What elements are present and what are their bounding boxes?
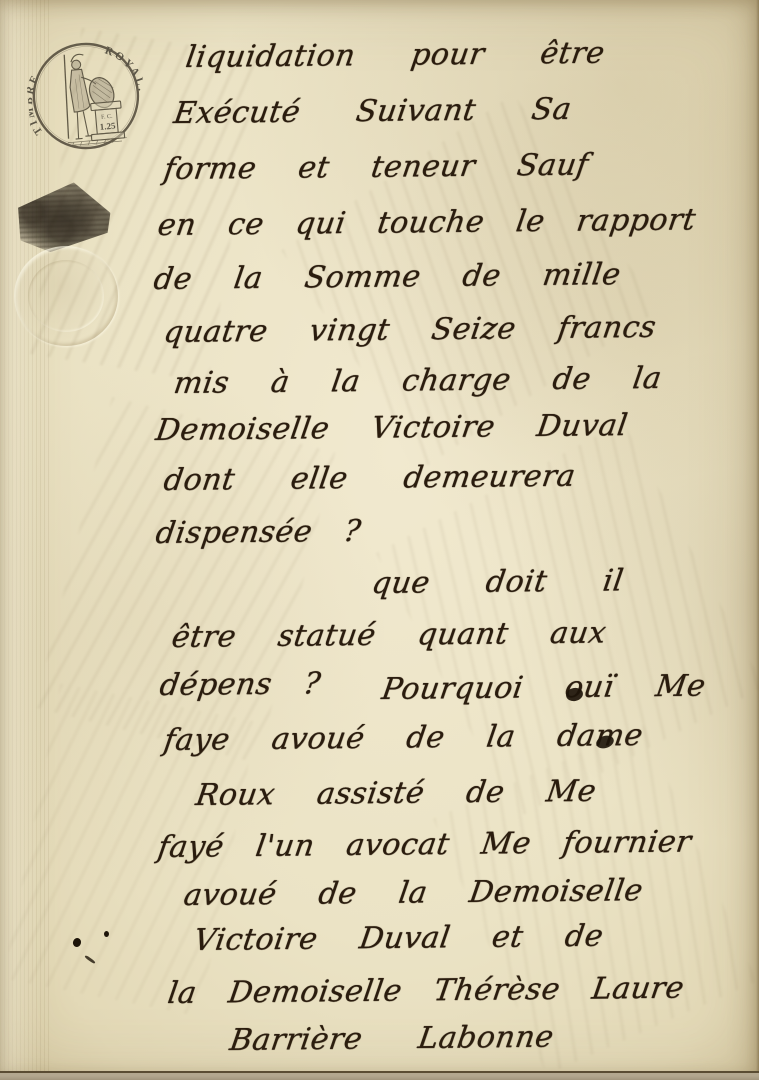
manuscript-line: Demoiselle Victoire Duval <box>153 408 630 448</box>
stamp-denomination-letters: F. C. <box>101 114 113 121</box>
manuscript-line: Roux assisté de Me <box>193 774 598 813</box>
ink-blot <box>84 955 96 964</box>
manuscript-line: Barrière Labonne <box>227 1020 556 1058</box>
laid-paper-ribbing <box>0 0 52 1080</box>
stamp-denomination-value: 1.25 <box>99 121 116 132</box>
manuscript-page: TIMBRE ROYAL. F. C. 1.25 <box>0 0 759 1080</box>
timbre-royal-stamp-seal: TIMBRE ROYAL. F. C. 1.25 <box>23 33 149 161</box>
manuscript-line: quatre vingt Seize francs <box>161 310 658 350</box>
manuscript-line: dispensée ? <box>153 514 363 551</box>
manuscript-line: mis à la charge de la <box>171 361 664 401</box>
manuscript-line: Pourquoi ouï Me <box>379 669 708 707</box>
manuscript-line: avoué de la Demoiselle <box>181 873 645 913</box>
embossed-blind-seal <box>14 246 118 346</box>
manuscript-line: de la Somme de mille <box>151 257 623 297</box>
ink-smudge-stamp <box>10 176 116 259</box>
manuscript-line: que doit il <box>369 563 626 601</box>
manuscript-line: Victoire Duval et de <box>191 919 605 958</box>
manuscript-line: dont elle demeurera <box>161 459 578 498</box>
bleedthrough-marks <box>35 397 336 763</box>
manuscript-line: en ce qui touche le rapport <box>155 202 698 243</box>
page-bottom-edge <box>0 1071 759 1080</box>
manuscript-line: Exécuté Suivant Sa <box>171 92 574 131</box>
ink-blot <box>72 937 83 948</box>
manuscript-line: faye avoué de la dame <box>161 718 645 758</box>
manuscript-line: dépens ? <box>157 666 323 703</box>
manuscript-line: liquidation pour être <box>183 36 607 75</box>
manuscript-line: la Demoiselle Thérèse Laure <box>165 971 686 1011</box>
manuscript-line: être statué quant aux <box>169 615 608 655</box>
ink-blot <box>104 931 109 937</box>
manuscript-line: forme et teneur Sauf <box>161 148 590 187</box>
manuscript-line: fayé l'un avocat Me fournier <box>155 824 693 865</box>
